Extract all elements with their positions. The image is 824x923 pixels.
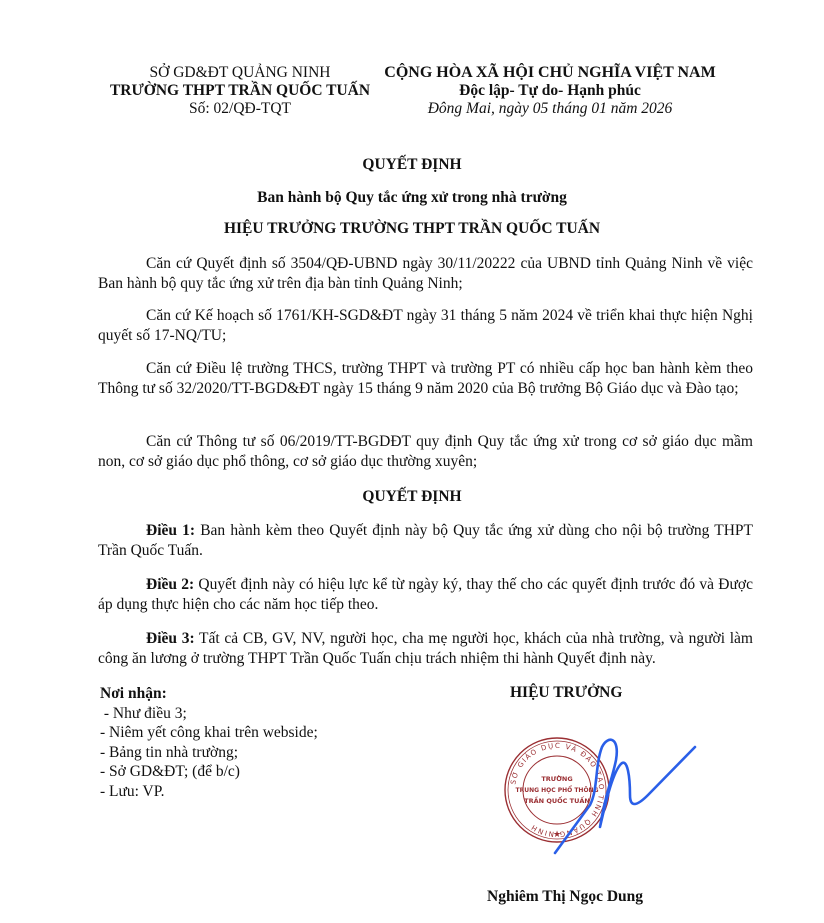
handwritten-signature-icon (550, 735, 700, 855)
legal-basis-text: Căn cứ Thông tư số 06/2019/TT-BGDĐT quy … (98, 433, 753, 470)
national-motto: Độc lập- Tự do- Hạnh phúc (360, 82, 740, 100)
legal-basis-2: Căn cứ Kế hoạch số 1761/KH-SGD&ĐT ngày 3… (98, 306, 753, 346)
article-text: Quyết định này có hiệu lực kể từ ngày ký… (98, 576, 753, 613)
recipient-item: - Lưu: VP. (100, 782, 318, 802)
legal-basis-1: Căn cứ Quyết định số 3504/QĐ-UBND ngày 3… (98, 254, 753, 294)
article-label: Điều 2: (146, 576, 194, 593)
signer-title: HIỆU TRƯỞNG (510, 684, 622, 702)
place-date: Đông Mai, ngày 05 tháng 01 năm 2026 (360, 100, 740, 118)
recipient-item: - Bảng tin nhà trường; (100, 743, 318, 763)
recipients-label: Nơi nhận: (100, 684, 318, 704)
signer-name: Nghiêm Thị Ngọc Dung (487, 888, 643, 906)
document-title: QUYẾT ĐỊNH (0, 156, 824, 174)
article-3: Điều 3: Tất cả CB, GV, NV, người học, ch… (98, 629, 753, 669)
nation-name: CỘNG HÒA XÃ HỘI CHỦ NGHĨA VIỆT NAM (360, 64, 740, 82)
legal-basis-text: Căn cứ Quyết định số 3504/QĐ-UBND ngày 3… (98, 255, 753, 292)
article-text: Tất cả CB, GV, NV, người học, cha mẹ ngư… (98, 630, 753, 667)
recipients-block: Nơi nhận: - Như điều 3; - Niêm yết công … (100, 684, 318, 801)
recipient-item: - Như điều 3; (100, 704, 318, 724)
article-text: Ban hành kèm theo Quyết định này bộ Quy … (98, 522, 753, 559)
legal-basis-3: Căn cứ Điều lệ trường THCS, trường THPT … (98, 359, 753, 399)
document-subject: Ban hành bộ Quy tắc ứng xử trong nhà trư… (0, 189, 824, 207)
article-label: Điều 1: (146, 522, 195, 539)
article-2: Điều 2: Quyết định này có hiệu lực kể từ… (98, 575, 753, 615)
decision-heading: QUYẾT ĐỊNH (0, 488, 824, 506)
legal-basis-text: Căn cứ Điều lệ trường THCS, trường THPT … (98, 360, 753, 397)
article-label: Điều 3: (146, 630, 195, 647)
recipient-item: - Niêm yết công khai trên webside; (100, 723, 318, 743)
article-1: Điều 1: Ban hành kèm theo Quyết định này… (98, 521, 753, 561)
national-header: CỘNG HÒA XÃ HỘI CHỦ NGHĨA VIỆT NAM Độc l… (360, 64, 740, 118)
issuing-authority: HIỆU TRƯỞNG TRƯỜNG THPT TRẦN QUỐC TUẤN (0, 220, 824, 238)
legal-basis-4: Căn cứ Thông tư số 06/2019/TT-BGDĐT quy … (98, 432, 753, 472)
recipient-item: - Sở GD&ĐT; (để b/c) (100, 762, 318, 782)
legal-basis-text: Căn cứ Kế hoạch số 1761/KH-SGD&ĐT ngày 3… (98, 307, 753, 344)
